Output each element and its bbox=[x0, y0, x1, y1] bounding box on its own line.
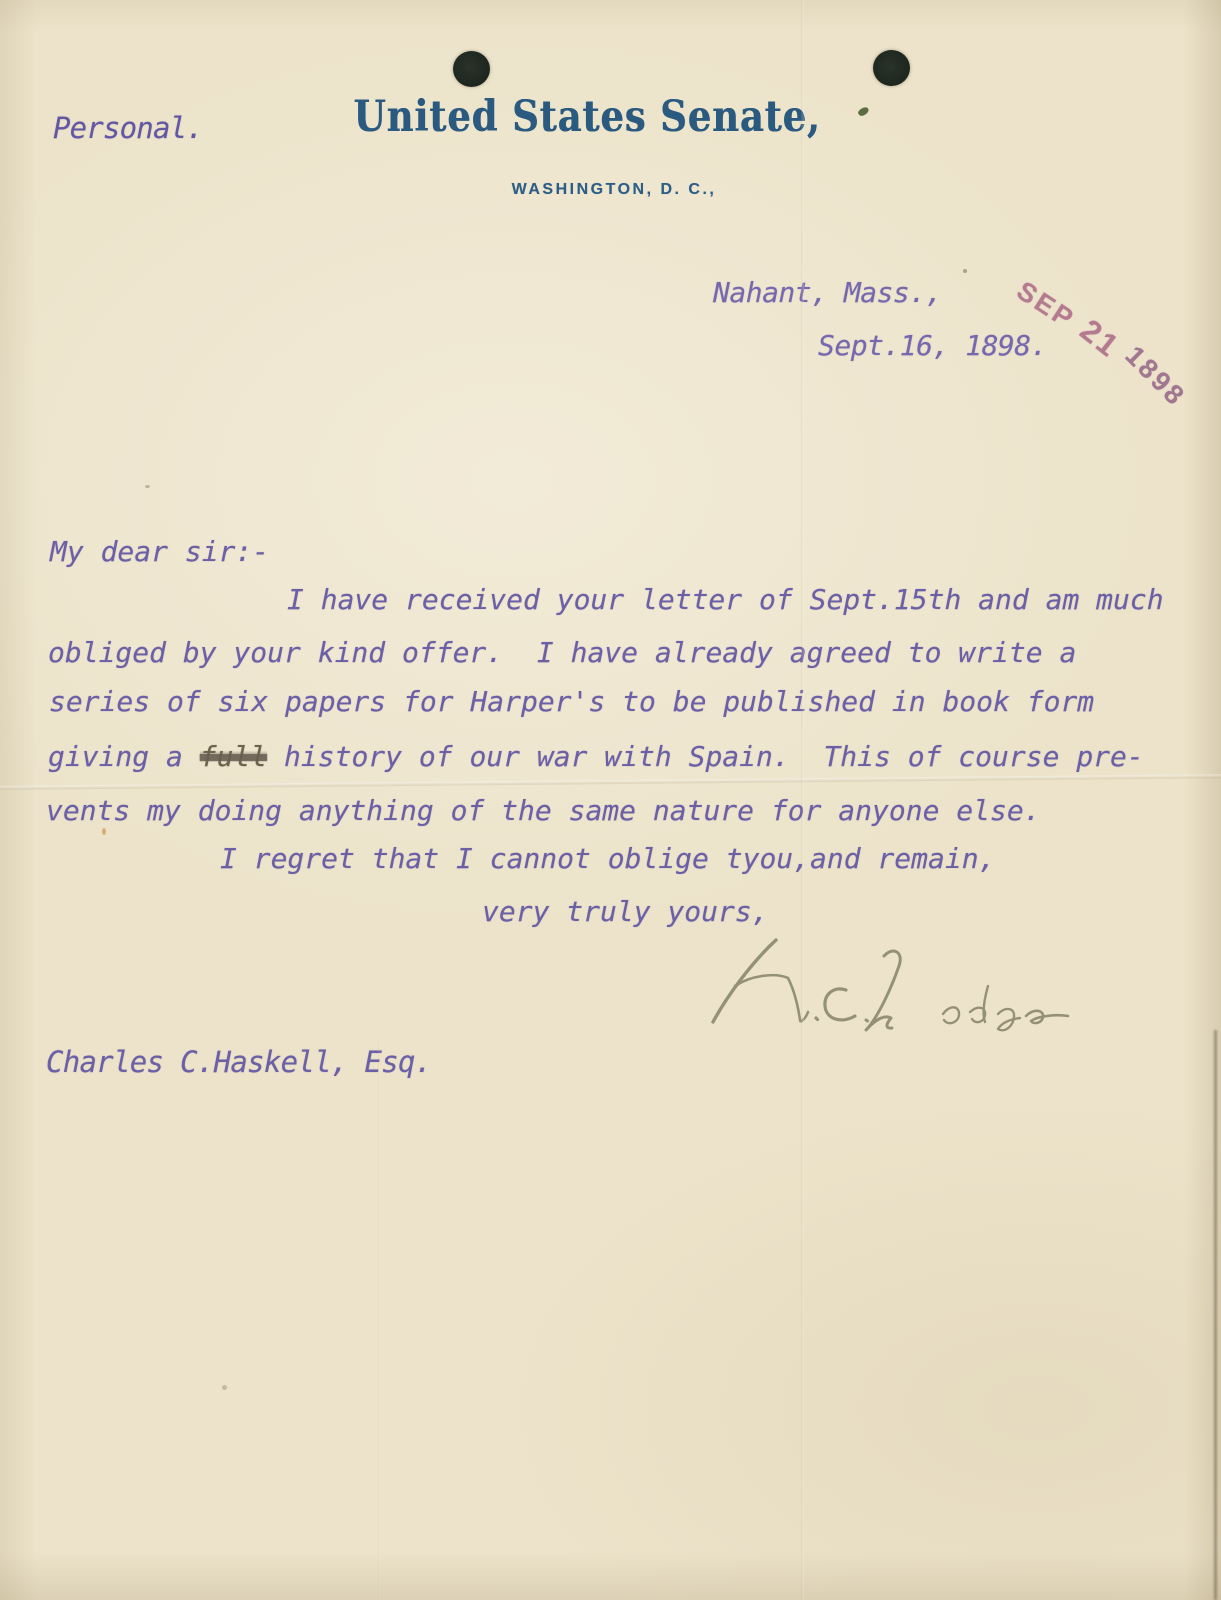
paper-speck bbox=[857, 105, 870, 117]
dateline-date: Sept.16, 1898. bbox=[818, 330, 1047, 362]
recipient-name: Charles C.Haskell, Esq. bbox=[46, 1046, 431, 1079]
salutation: My dear sir:- bbox=[50, 536, 269, 568]
letterhead-location: WASHINGTON, D. C., bbox=[512, 181, 717, 199]
stamp-year: 1898 bbox=[1118, 340, 1191, 413]
closing-phrase: very truly yours, bbox=[482, 896, 769, 928]
signature-handwriting bbox=[688, 926, 1073, 1044]
paper-speck bbox=[145, 485, 150, 488]
vertical-fold-crease-lower bbox=[378, 1040, 380, 1600]
horizontal-fold-crease bbox=[0, 774, 1221, 790]
letterhead-title: United States Senate, bbox=[353, 92, 820, 142]
body-line-1: I have received your letter of Sept.15th… bbox=[287, 584, 1164, 616]
body-line-2: obliged by your kind offer. I have alrea… bbox=[48, 637, 1076, 669]
body-line-5: vents my doing anything of the same natu… bbox=[46, 795, 1041, 827]
body-line-4-after: history of our war with Spain. This of c… bbox=[267, 740, 1144, 773]
dateline-place: Nahant, Mass., bbox=[713, 277, 942, 309]
body-line-6: I regret that I cannot oblige tyou,and r… bbox=[220, 843, 995, 875]
body-line-4-before: giving a bbox=[48, 740, 200, 773]
vertical-fold-crease bbox=[801, 0, 804, 1600]
page-edge-shadow bbox=[1214, 1030, 1217, 1600]
letter-page: Personal. United States Senate, WASHINGT… bbox=[0, 0, 1221, 1600]
punch-hole-right bbox=[873, 50, 910, 86]
punch-hole-left bbox=[453, 51, 490, 87]
body-line-4: giving a full history of our war with Sp… bbox=[48, 741, 1144, 773]
personal-annotation: Personal. bbox=[53, 112, 203, 145]
stamp-day: 21 bbox=[1073, 312, 1127, 365]
paper-speck bbox=[222, 1385, 227, 1390]
stamp-month: SEP bbox=[1011, 275, 1080, 334]
body-line-3: series of six papers for Harper's to be … bbox=[49, 686, 1094, 718]
paper-speck bbox=[963, 269, 967, 273]
paper-speck bbox=[102, 828, 106, 835]
struck-word: full bbox=[200, 740, 267, 773]
